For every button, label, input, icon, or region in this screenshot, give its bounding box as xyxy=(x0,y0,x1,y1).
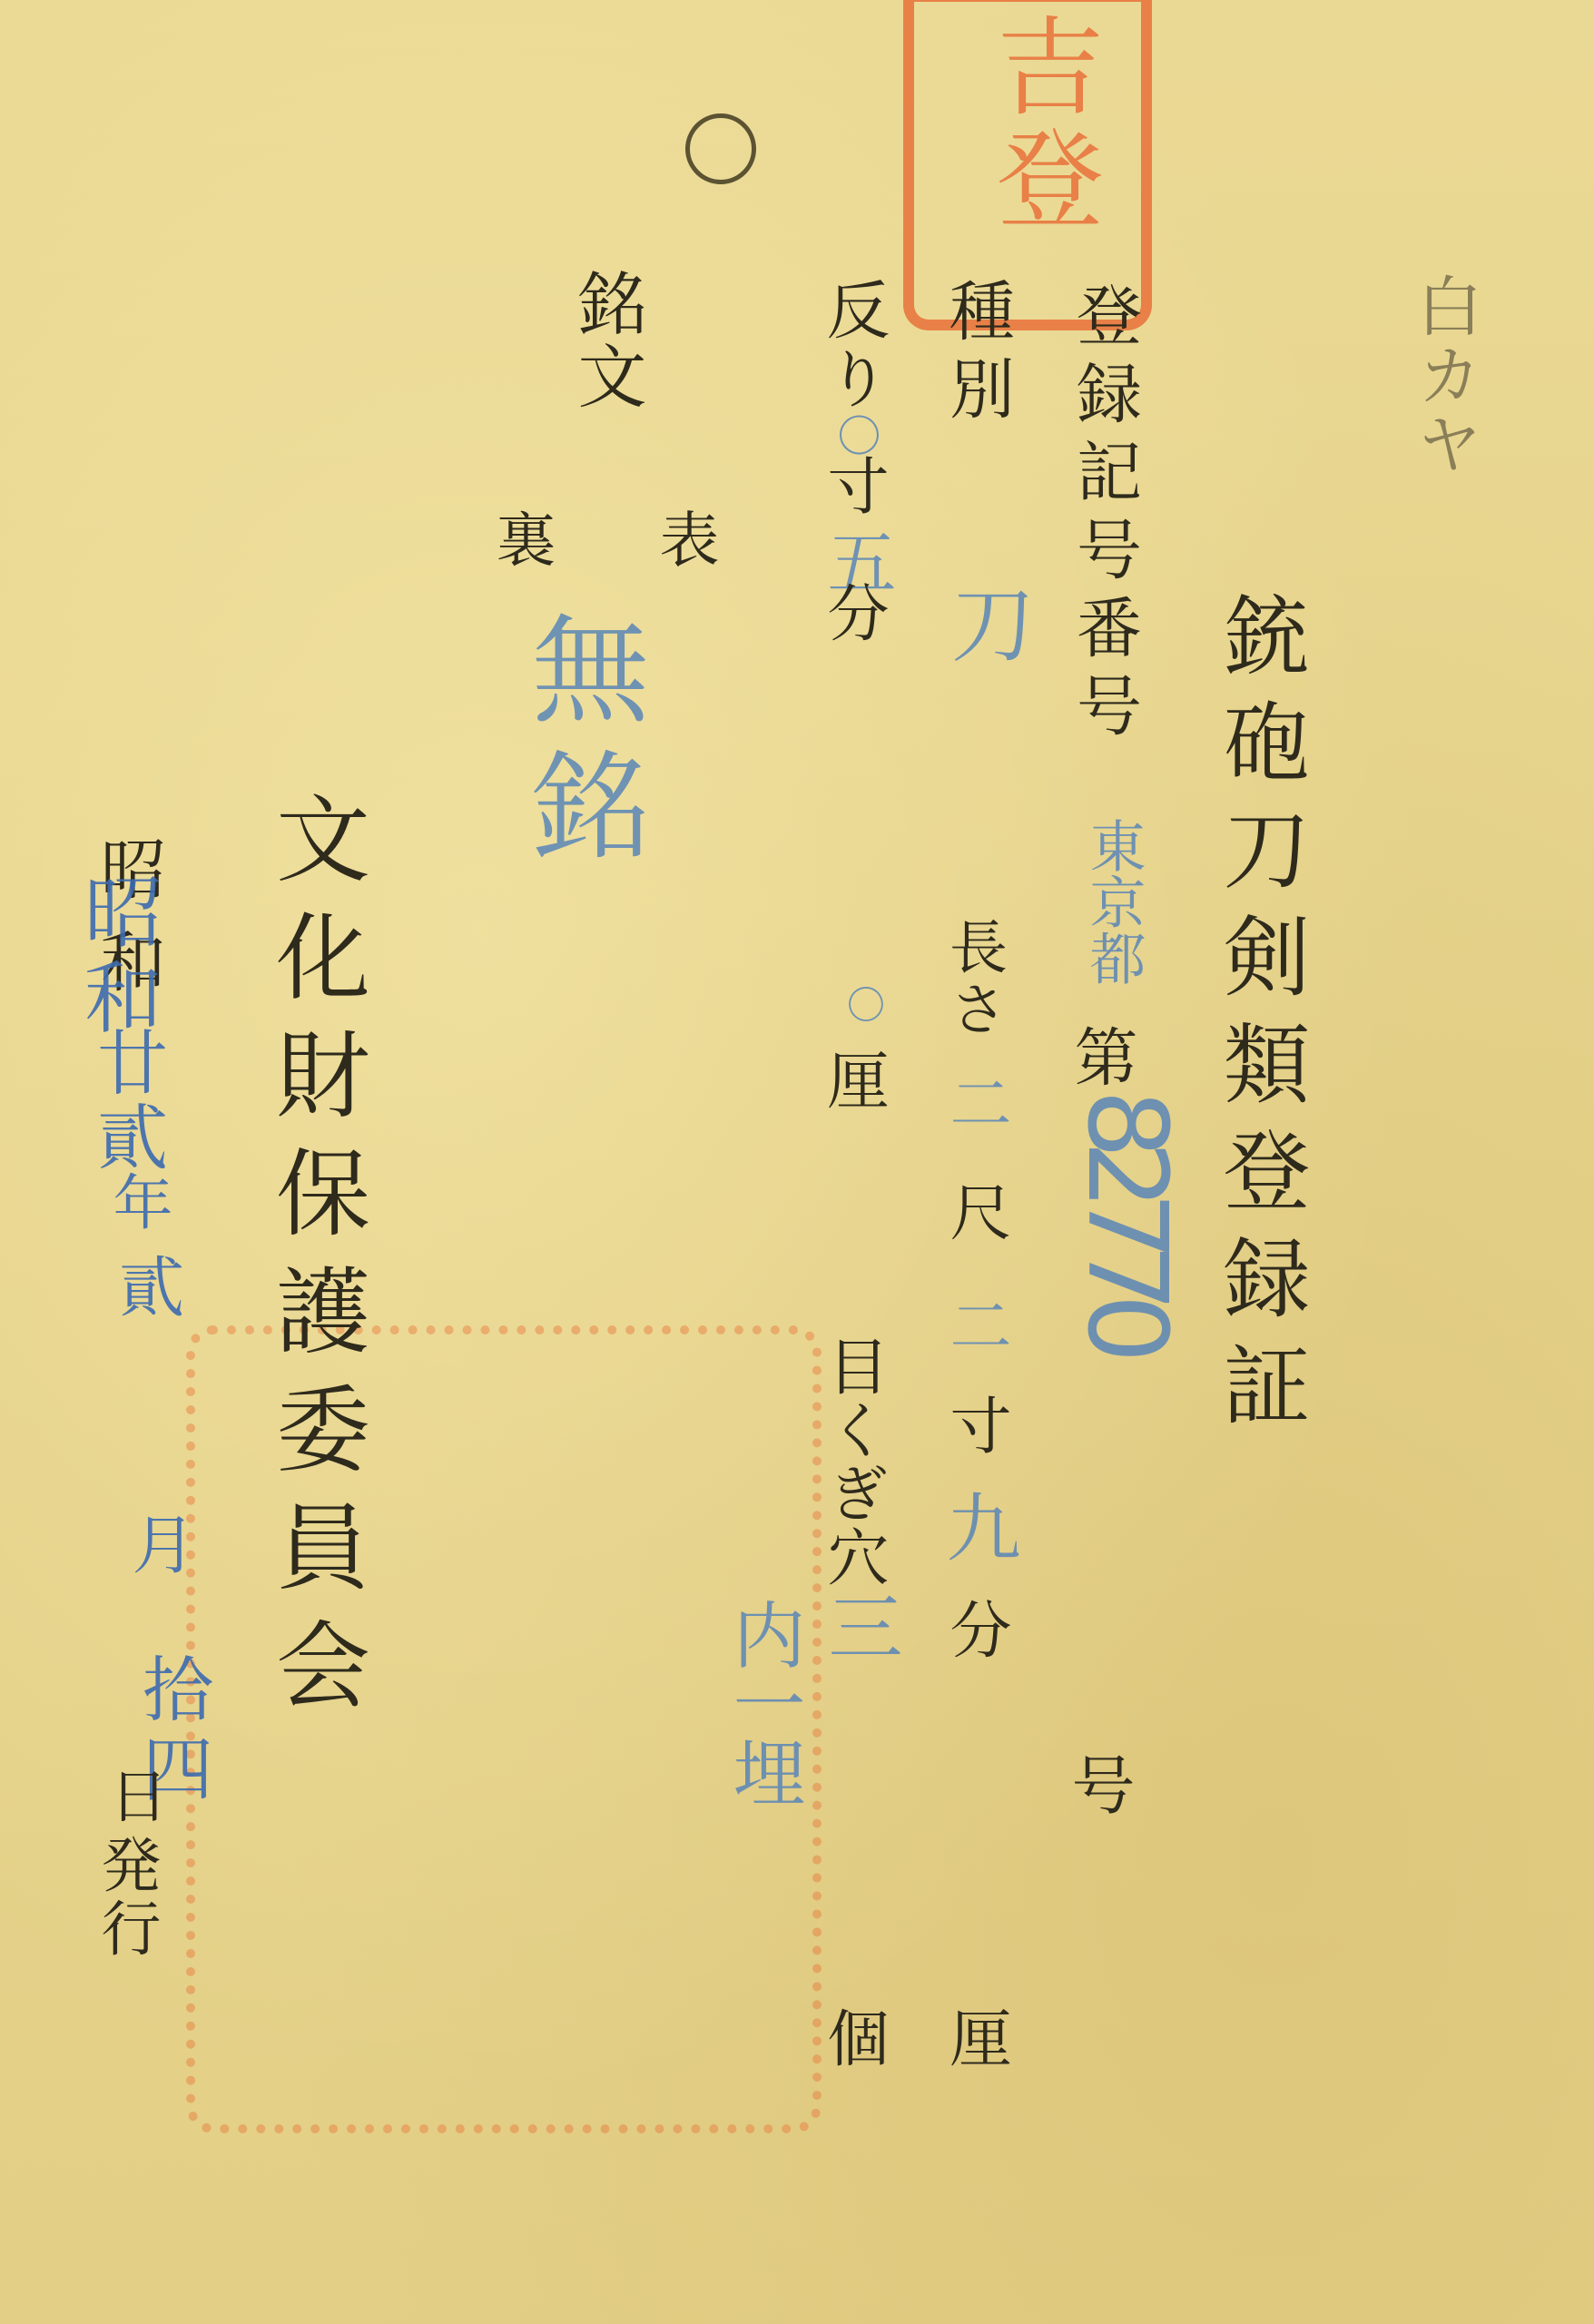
pencil-note: 白カヤ xyxy=(1412,272,1477,479)
length-bu: 九 xyxy=(940,1489,1014,1563)
date-month: 貳 xyxy=(113,1253,179,1318)
registration-certificate: 吉登 銃砲刀剣類登録証 白カヤ 登録記号番号 東京都 第 82770 号 種別 … xyxy=(0,0,1594,2324)
length-bu-unit: 分 xyxy=(944,1598,1006,1659)
registration-prefix: 東京都 xyxy=(1085,817,1141,986)
date-year: 廿貳 xyxy=(91,1026,162,1175)
curvature-rin: 〇 xyxy=(844,985,882,1023)
circle-mark xyxy=(685,113,756,184)
curvature-rin-unit: 厘 xyxy=(822,1049,883,1110)
date-day-unit: 日 xyxy=(104,1766,162,1824)
inscription-back-label: 裏 xyxy=(490,508,550,568)
inscription-value: 無銘 xyxy=(522,608,640,881)
curvature-label: 反り xyxy=(822,277,885,415)
type-value: 刀 xyxy=(944,581,1028,665)
date-month-unit: 月 xyxy=(127,1512,191,1575)
registration-number: 82770 xyxy=(1071,1089,1180,1345)
type-label: 種別 xyxy=(944,277,1009,433)
curvature-sun-unit: 寸 xyxy=(822,454,883,516)
registration-dai: 第 xyxy=(1069,1024,1133,1088)
length-rin-unit: 厘 xyxy=(944,2006,1006,2068)
issuer: 文化財保護委員会 xyxy=(268,790,362,1734)
length-sun-unit: 寸 xyxy=(944,1393,1006,1455)
mekugi-count: 三 xyxy=(822,1589,896,1663)
date-year-unit: 年 xyxy=(107,1171,167,1231)
registration-suffix: 号 xyxy=(1067,1752,1130,1816)
length-sun: 二 xyxy=(944,1294,1006,1355)
registration-label: 登録記号番号 xyxy=(1071,281,1136,750)
seal-glyph: 吉登 xyxy=(964,11,1118,236)
inscription-front-label: 表 xyxy=(654,508,713,568)
curvature-bu-unit: 分 xyxy=(822,581,883,643)
date-era-stamp: 昭和 xyxy=(77,871,155,1042)
date-issued: 発行 xyxy=(95,1834,155,1961)
length-shaku: 二 xyxy=(944,1071,1006,1133)
document-title: 銃砲刀剣類登録証 xyxy=(1216,590,1304,1447)
curvature-sun: 〇 xyxy=(833,413,877,457)
mekugi-label: 目くぎ穴 xyxy=(822,1334,883,1589)
mekugi-note: 内一埋 xyxy=(726,1598,799,1805)
inscription-label: 銘文 xyxy=(572,268,641,413)
mekugi-unit: 個 xyxy=(822,2006,883,2068)
length-label: 長さ xyxy=(944,917,1002,1040)
length-shaku-unit: 尺 xyxy=(944,1180,1006,1242)
